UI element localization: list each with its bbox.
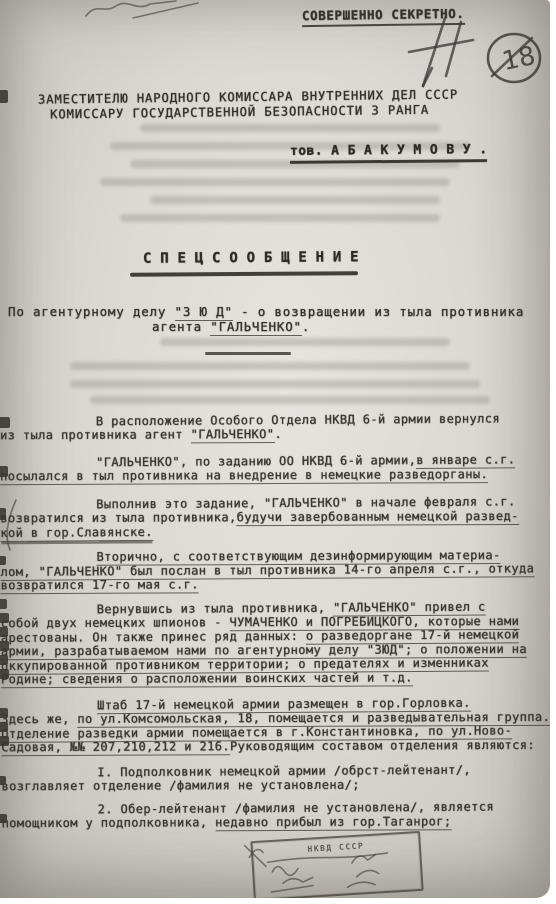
body-text: Руководящим составом отделения являются: bbox=[230, 738, 535, 753]
body-text: возвратился из тыла противника, bbox=[0, 510, 236, 525]
body-text-underlined: недавно прибыл из гор.Таганрог; bbox=[215, 814, 451, 831]
body-text: . bbox=[274, 427, 282, 441]
stamp-handwriting bbox=[252, 833, 421, 898]
body-text-underlined: Садовая, №№ 207,210,212 и 216. bbox=[1, 739, 230, 755]
body-text-underlined: посылался в тыл противника на внедрение … bbox=[0, 467, 488, 485]
body-text-underlined: Родине; сведения о расположении воинских… bbox=[1, 670, 413, 687]
body-text: возглавляет отделение /фамилия не устано… bbox=[1, 778, 359, 794]
registration-stamp: НКВД СССР bbox=[250, 831, 423, 898]
body-text: помощником у подполковника, bbox=[2, 815, 216, 830]
body-line: Родине; сведения о расположении воинских… bbox=[1, 670, 550, 686]
body-line: из тыла противника агент "ГАЛЬЧЕНКО". bbox=[0, 426, 550, 442]
document-body: В расположение Особого Отдела НКВД 6-й а… bbox=[0, 0, 550, 898]
body-text: из тыла противника агент bbox=[0, 427, 191, 442]
body-line: Садовая, №№ 207,210,212 и 216.Руководящи… bbox=[1, 738, 550, 754]
body-text-underlined: "ГАЛЬЧЕНКО" bbox=[191, 427, 275, 443]
body-line: кой в гор.Славянске. bbox=[0, 522, 550, 540]
body-text-underlined: кой в гор.Славянске. bbox=[0, 525, 153, 542]
body-line: возглавляет отделение /фамилия не устано… bbox=[1, 777, 550, 793]
scanned-document-page: { "document": { "classification": "СОВЕР… bbox=[0, 0, 556, 904]
body-text-underlined: возвратился 17-го мая с.г. bbox=[1, 577, 199, 593]
body-line: помощником у подполковника, недавно приб… bbox=[2, 814, 550, 830]
body-text: Здесь же, bbox=[1, 712, 77, 726]
body-text: собой двух немецких шпионов - bbox=[1, 615, 230, 630]
body-text: Вернувшись из тыла противника, bbox=[97, 601, 333, 617]
body-line: возвратился 17-го мая с.г. bbox=[1, 576, 550, 592]
document-paper: СОВЕРШЕННО СЕКРЕТНО. 18 ЗАМЕСТИТЕЛЮ НАРО… bbox=[0, 0, 550, 898]
body-line: посылался в тыл противника на внедрение … bbox=[0, 467, 550, 483]
